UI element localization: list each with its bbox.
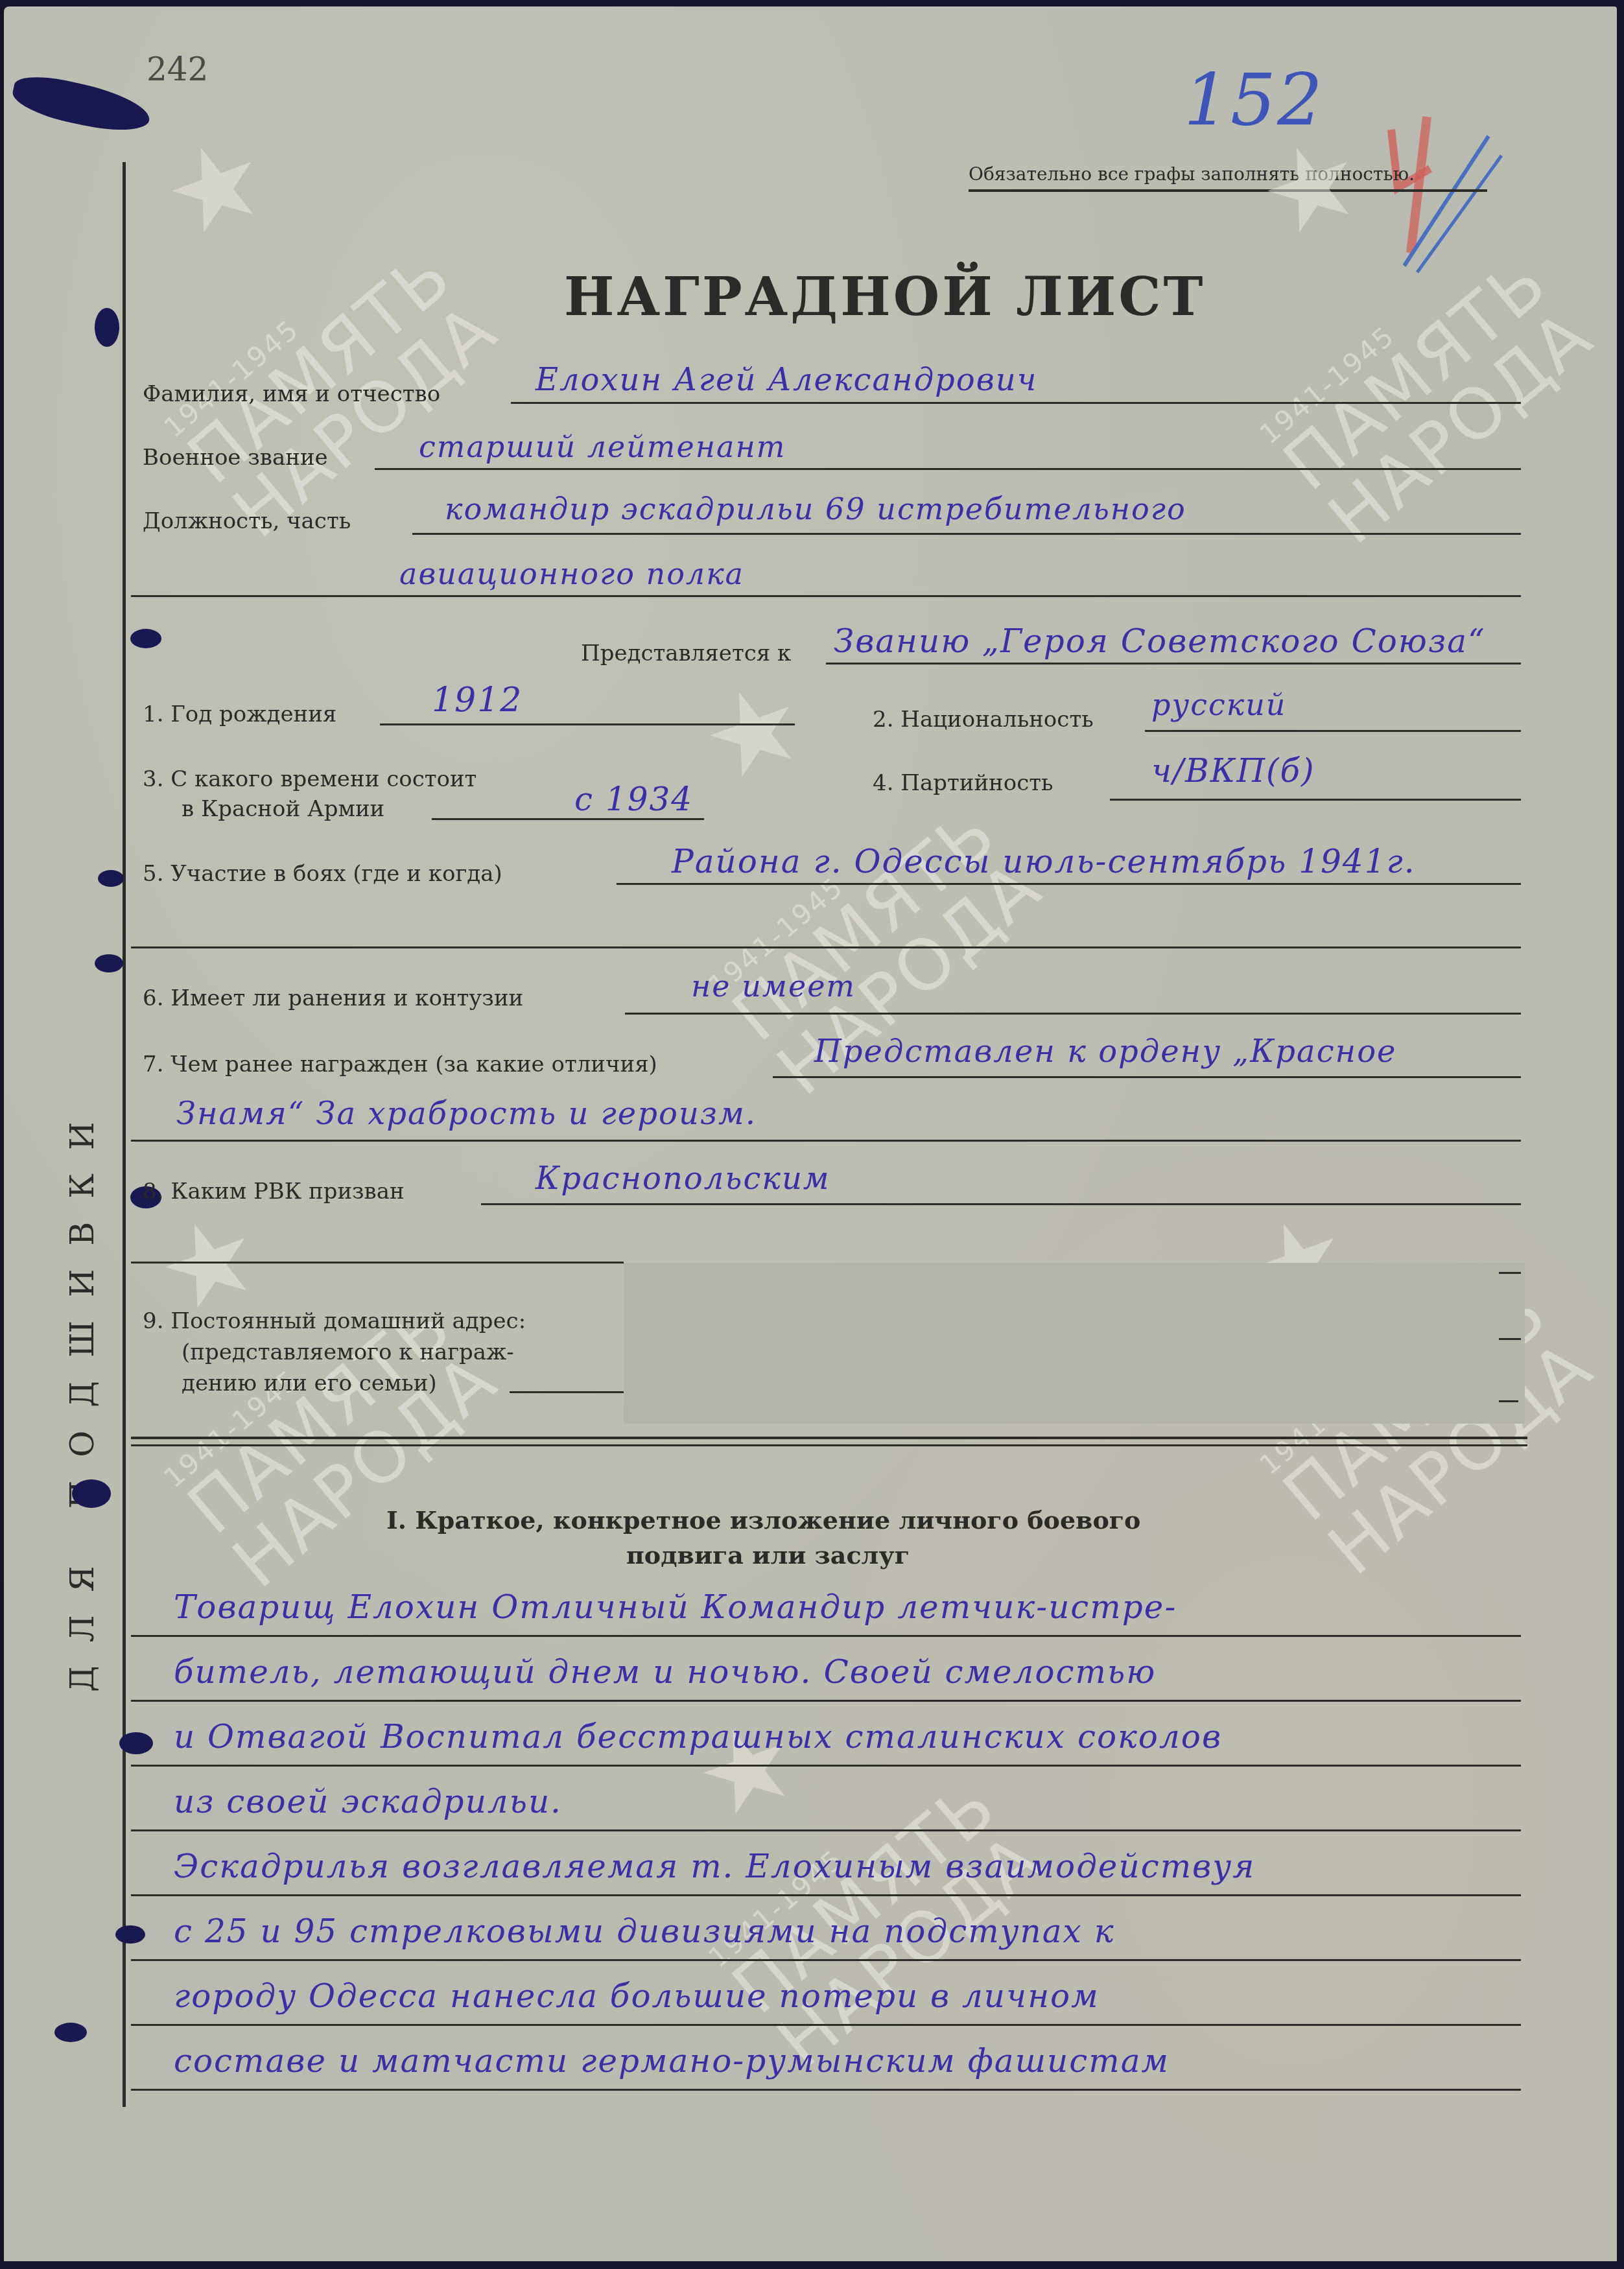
address-tick (1499, 1272, 1521, 1274)
ruled-line (131, 1829, 1521, 1831)
archive-number: 242 (147, 51, 208, 88)
star-icon: ★ (685, 655, 822, 809)
draft-office-field[interactable]: Краснопольским (535, 1160, 830, 1197)
ruled-line (131, 1635, 1521, 1637)
check-mark-icon (1359, 110, 1527, 279)
narrative-line: битель, летающий днем и ночью. Своей сме… (174, 1653, 1156, 1691)
birth-year-label: 1. Год рождения (143, 701, 336, 727)
wounds-field[interactable]: не имеет (691, 969, 856, 1004)
narrative-line: из своей эскадрильи. (174, 1783, 562, 1820)
rank-field[interactable]: старший лейтенант (419, 429, 786, 464)
binding-margin-label: ДЛЯ ПОДШИВКИ (64, 609, 101, 1692)
instruction-underline (969, 189, 1487, 192)
watermark-line2: НАРОДА (1317, 300, 1605, 556)
full-name-field[interactable]: Елохин Агей Александрович (535, 362, 1037, 398)
wounds-underline (625, 1013, 1521, 1015)
ruled-line (131, 1959, 1521, 1961)
watermark-line1: ПАМЯТЬ (722, 797, 1009, 1053)
ink-blot (130, 629, 161, 648)
watermark-years: 1941-1945 (704, 776, 963, 1000)
narrative-line: с 25 и 95 стрелковыми дивизиями на подст… (174, 1912, 1115, 1950)
section-divider (131, 1444, 1527, 1446)
position-underline-2 (131, 595, 1521, 597)
battles-underline-2 (131, 946, 1521, 948)
binding-line (123, 162, 126, 2107)
narrative-line: и Отвагой Воспитал бесстрашных сталински… (174, 1718, 1222, 1756)
ruled-line (131, 1765, 1521, 1767)
nominated-for-underline (826, 663, 1521, 664)
ink-blot (9, 70, 154, 138)
address-tick (1499, 1400, 1518, 1402)
draft-office-label: 8. Каким РВК призван (143, 1179, 405, 1205)
ruled-line (131, 2089, 1521, 2091)
ink-blot (98, 870, 124, 887)
address-label-line1: 9. Постоянный домашний адрес: (143, 1308, 526, 1334)
previous-awards-underline (773, 1076, 1521, 1078)
star-icon: ★ (679, 1692, 816, 1846)
narrative-line: Товарищ Елохин Отличный Командир летчик-… (174, 1588, 1177, 1626)
draft-office-underline-2 (131, 1262, 624, 1264)
address-tick (1499, 1338, 1521, 1340)
section1-heading-line2: подвига или заслуг (626, 1540, 910, 1569)
full-name-label: Фамилия, имя и отчество (143, 381, 440, 407)
nominated-for-label: Представляется к (581, 641, 791, 666)
birth-year-field[interactable]: 1912 (432, 681, 523, 720)
address-label-line3: дению или его семьи) (182, 1370, 437, 1396)
ruled-line (131, 1700, 1521, 1702)
position-field-line2[interactable]: авиационного полка (399, 556, 744, 591)
nationality-field[interactable]: русский (1151, 687, 1286, 722)
draft-office-underline (481, 1203, 1521, 1205)
section-divider (131, 1437, 1527, 1439)
position-label: Должность, часть (143, 508, 351, 534)
full-name-underline (511, 402, 1521, 404)
address-label-line2: (представляемого к награж- (182, 1339, 514, 1365)
address-redacted-field[interactable] (624, 1263, 1525, 1424)
page-title: НАГРАДНОЙ ЛИСТ (564, 266, 1205, 328)
wounds-label: 6. Имеет ли ранения и контузии (143, 985, 523, 1011)
position-field-line1[interactable]: командир эскадрильи 69 истребительного (445, 491, 1186, 526)
nationality-label: 2. Национальность (873, 707, 1094, 733)
nominated-for-field[interactable]: Званию „Героя Советского Союза“ (834, 622, 1486, 660)
watermark-line1: ПАМЯТЬ (1273, 246, 1560, 502)
battles-label: 5. Участие в боях (где и когда) (143, 861, 502, 887)
ink-blot (95, 954, 123, 972)
previous-awards-underline-2 (131, 1140, 1521, 1142)
ink-blot (95, 308, 119, 347)
battles-underline (617, 883, 1521, 885)
birth-year-underline (380, 723, 795, 725)
rank-label: Военное звание (143, 445, 328, 471)
nationality-underline (1145, 730, 1521, 732)
army-since-field[interactable]: с 1934 (574, 781, 693, 818)
ruled-line (131, 1894, 1521, 1896)
previous-awards-field-line2[interactable]: Знамя“ За храбрость и героизм. (176, 1096, 757, 1132)
ink-blot (72, 1479, 111, 1508)
party-label: 4. Партийность (873, 770, 1053, 796)
army-since-underline (432, 818, 704, 820)
battles-field[interactable]: Района г. Одессы июль-сентябрь 1941г. (672, 843, 1416, 880)
army-since-label-line2: в Красной Армии (182, 796, 384, 822)
section1-heading-line1: I. Краткое, конкретное изложение личного… (386, 1505, 1140, 1534)
army-since-label-line1: 3. С какого времени состоит (143, 766, 477, 792)
narrative-line: Эскадрилья возглавляемая т. Елохиным вза… (174, 1848, 1255, 1885)
ink-blot (115, 1925, 145, 1944)
rank-underline (375, 468, 1521, 470)
address-underline-short (510, 1391, 624, 1393)
ruled-line (131, 2024, 1521, 2026)
previous-awards-field-line1[interactable]: Представлен к ордену „Красное (814, 1033, 1396, 1070)
ink-blot (54, 2023, 87, 2042)
ink-blot (119, 1732, 153, 1754)
award-sheet: 242 152 Обязательно все графы заполнять … (4, 6, 1617, 2261)
narrative-line: составе и матчасти германо-румынским фаш… (174, 2042, 1170, 2080)
party-underline (1110, 799, 1521, 801)
narrative-line: городу Одесса нанесла большие потери в л… (174, 1977, 1100, 2015)
position-underline (412, 533, 1521, 535)
previous-awards-label: 7. Чем ранее награжден (за какие отличия… (143, 1052, 657, 1077)
party-field[interactable]: ч/ВКП(б) (1151, 752, 1315, 790)
star-icon: ★ (147, 110, 284, 265)
